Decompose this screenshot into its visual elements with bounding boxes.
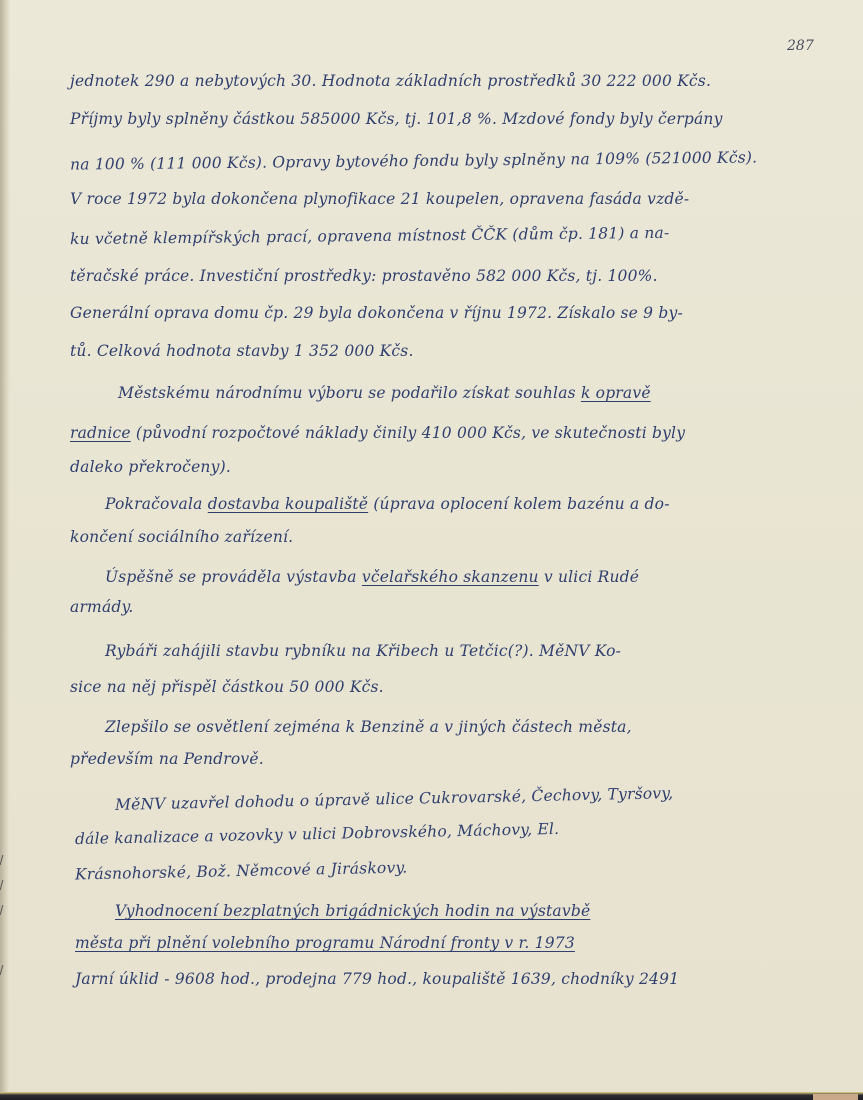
text-segment: jednotek 290 a nebytových 30. Hodnota zá…: [70, 72, 711, 90]
text-line: Příjmy byly splněny částkou 585000 Kčs, …: [70, 110, 723, 128]
text-segment: Zlepšilo se osvětlení zejména k Benzině …: [105, 718, 632, 736]
text-segment: Pokračovala: [105, 495, 208, 513]
text-segment: Příjmy byly splněny částkou 585000 Kčs, …: [70, 110, 723, 128]
page-bottom-edge: [0, 1092, 863, 1100]
underlined-phrase: města při plnění volebního programu Náro…: [75, 934, 575, 952]
text-segment: na 100 % (111 000 Kčs). Opravy bytového …: [70, 148, 757, 173]
text-line: především na Pendrově.: [70, 750, 264, 768]
text-line: dále kanalizace a vozovky v ulici Dobrov…: [75, 820, 559, 848]
text-line: daleko překročeny).: [70, 458, 231, 476]
text-segment: sice na něj přispěl částkou 50 000 Kčs.: [70, 678, 384, 696]
text-line: ku včetně klempířských prací, opravena m…: [70, 224, 670, 248]
text-line: města při plnění volebního programu Náro…: [75, 934, 575, 952]
text-line: Městskému národnímu výboru se podařilo z…: [118, 384, 651, 402]
margin-mark: [0, 880, 9, 890]
text-segment: Rybáři zahájili stavbu rybníku na Křibec…: [105, 642, 621, 660]
text-segment: končení sociálního zařízení.: [70, 528, 293, 546]
text-segment: tů. Celková hodnota stavby 1 352 000 Kčs…: [70, 342, 414, 360]
text-line: Krásnohorské, Bož. Němcové a Jiráskovy.: [75, 859, 408, 884]
text-segment: MěNV uzavřel dohodu o úpravě ulice Cukro…: [115, 784, 674, 814]
text-line: Jarní úklid - 9608 hod., prodejna 779 ho…: [75, 970, 679, 988]
text-segment: Krásnohorské, Bož. Němcové a Jiráskovy.: [75, 859, 408, 884]
underlined-phrase: radnice: [70, 424, 131, 442]
text-line: V roce 1972 byla dokončena plynofikace 2…: [70, 190, 689, 208]
text-segment: (původní rozpočtové náklady činily 410 0…: [131, 424, 685, 442]
underlined-phrase: k opravě: [581, 384, 651, 402]
text-segment: Jarní úklid - 9608 hod., prodejna 779 ho…: [75, 970, 679, 988]
text-segment: ku včetně klempířských prací, opravena m…: [70, 224, 670, 248]
text-segment: dále kanalizace a vozovky v ulici Dobrov…: [75, 820, 559, 848]
text-segment: především na Pendrově.: [70, 750, 264, 768]
page-number: 287: [787, 38, 814, 54]
margin-mark: [0, 855, 9, 865]
text-line: Rybáři zahájili stavbu rybníku na Křibec…: [105, 642, 621, 660]
text-line: Pokračovala dostavba koupaliště (úprava …: [105, 495, 670, 513]
margin-mark: [0, 905, 9, 915]
text-segment: Úspěšně se prováděla výstavba: [105, 568, 362, 586]
text-line: armády.: [70, 598, 134, 616]
text-segment: armády.: [70, 598, 134, 616]
margin-mark: [0, 965, 9, 975]
text-line: Generální oprava domu čp. 29 byla dokonč…: [70, 304, 683, 322]
text-segment: V roce 1972 byla dokončena plynofikace 2…: [70, 190, 689, 208]
text-line: sice na něj přispěl částkou 50 000 Kčs.: [70, 678, 384, 696]
text-line: těračské práce. Investiční prostředky: p…: [70, 267, 658, 285]
text-line: MěNV uzavřel dohodu o úpravě ulice Cukro…: [115, 784, 674, 814]
text-segment: v ulici Rudé: [539, 568, 639, 586]
text-segment: Městskému národnímu výboru se podařilo z…: [118, 384, 581, 402]
underlined-phrase: dostavba koupaliště: [208, 495, 368, 513]
text-line: na 100 % (111 000 Kčs). Opravy bytového …: [70, 148, 757, 173]
text-line: radnice (původní rozpočtové náklady čini…: [70, 424, 685, 442]
text-line: Úspěšně se prováděla výstavba včelařskéh…: [105, 568, 639, 586]
text-line: končení sociálního zařízení.: [70, 528, 293, 546]
text-line: Zlepšilo se osvětlení zejména k Benzině …: [105, 718, 632, 736]
text-segment: Generální oprava domu čp. 29 byla dokonč…: [70, 304, 683, 322]
text-line: Vyhodnocení bezplatných brigádnických ho…: [115, 902, 590, 920]
notebook-page: 287 jednotek 290 a nebytových 30. Hodnot…: [0, 0, 863, 1092]
underlined-phrase: Vyhodnocení bezplatných brigádnických ho…: [115, 902, 590, 920]
underlined-phrase: včelařského skanzenu: [362, 568, 539, 586]
text-line: jednotek 290 a nebytových 30. Hodnota zá…: [70, 72, 711, 90]
text-segment: těračské práce. Investiční prostředky: p…: [70, 267, 658, 285]
text-segment: daleko překročeny).: [70, 458, 231, 476]
text-line: tů. Celková hodnota stavby 1 352 000 Kčs…: [70, 342, 414, 360]
text-segment: (úprava oplocení kolem bazénu a do-: [368, 495, 669, 513]
